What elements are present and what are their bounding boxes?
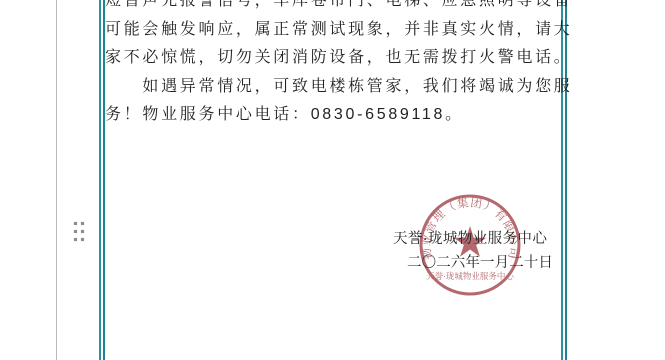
- drag-dots-handle: [74, 222, 84, 241]
- notice-line: 家不必惊慌，切勿关闭消防设备，也无需拨打火警电话。: [105, 44, 557, 73]
- dot: [74, 238, 77, 241]
- dot: [74, 222, 77, 225]
- dot: [81, 230, 84, 233]
- signature-line: 天誉·珑城物业服务中心: [393, 227, 547, 248]
- seal-bottom-text: 天誉·珑城物业服务中心: [426, 271, 514, 281]
- dot: [81, 222, 84, 225]
- dot: [81, 238, 84, 241]
- dot: [74, 230, 77, 233]
- notice-line: 短暂声光报警信号，车库卷帘门、电梯、应急照明等设备: [105, 0, 557, 16]
- scanned-notice-page: 短暂声光报警信号，车库卷帘门、电梯、应急照明等设备 可能会触发响应，属正常测试现…: [0, 0, 665, 360]
- notice-line: 务！物业服务中心电话：0830-6589118。: [105, 101, 557, 130]
- left-vertical-rule: [56, 0, 57, 360]
- notice-line: 可能会触发响应，属正常测试现象，并非真实火情，请大: [105, 16, 557, 45]
- notice-body: 短暂声光报警信号，车库卷帘门、电梯、应急照明等设备 可能会触发响应，属正常测试现…: [105, 0, 557, 130]
- notice-line: 如遇异常情况，可致电楼栋管家，我们将竭诚为您服: [105, 73, 557, 102]
- date-line: 二〇二六年一月二十日: [407, 251, 553, 272]
